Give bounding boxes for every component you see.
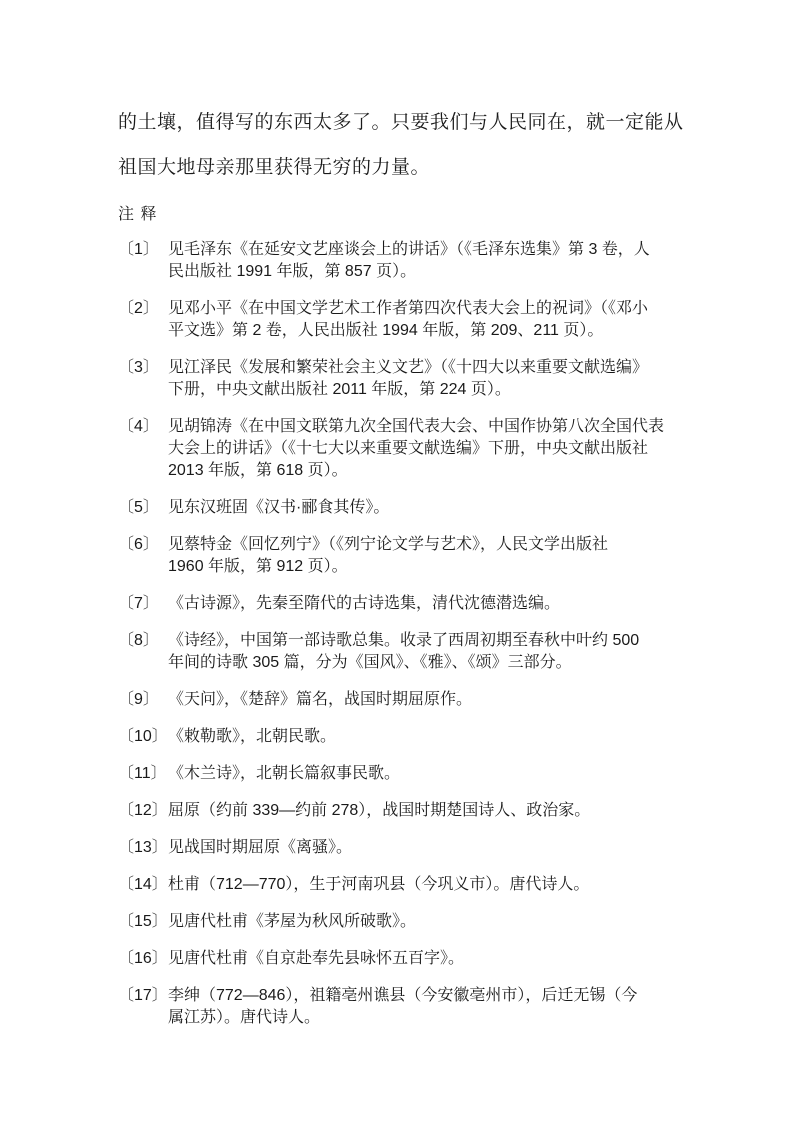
note-label: 〔10〕 [118, 726, 168, 748]
note-text: 见胡锦涛《在中国文联第九次全国代表大会、中国作协第八次全国代表大会上的讲话》（《… [168, 416, 688, 482]
note-line: 李绅（772—846），祖籍亳州谯县（今安徽亳州市），后迁无锡（今 [168, 985, 688, 1007]
note-item: 〔4〕 见胡锦涛《在中国文联第九次全国代表大会、中国作协第八次全国代表大会上的讲… [118, 416, 688, 482]
note-line: 屈原（约前 339—约前 278），战国时期楚国诗人、政治家。 [168, 800, 688, 822]
note-line: 大会上的讲话》（《十七大以来重要文献选编》下册，中央文献出版社 [168, 438, 688, 460]
note-text: 见毛泽东《在延安文艺座谈会上的讲话》（《毛泽东选集》第 3 卷，人民出版社 19… [168, 239, 688, 283]
note-text: 见江泽民《发展和繁荣社会主义文艺》（《十四大以来重要文献选编》下册，中央文献出版… [168, 357, 688, 401]
note-item: 〔13〕 见战国时期屈原《离骚》。 [118, 837, 688, 859]
note-label: 〔1〕 [118, 239, 168, 261]
note-line: 平文选》第 2 卷，人民出版社 1994 年版，第 209、211 页）。 [168, 320, 688, 342]
note-text: 见唐代杜甫《茅屋为秋风所破歌》。 [168, 911, 688, 933]
note-text: 见战国时期屈原《离骚》。 [168, 837, 688, 859]
note-label: 〔6〕 [118, 534, 168, 556]
note-item: 〔10〕 《敕勒歌》，北朝民歌。 [118, 726, 688, 748]
note-item: 〔3〕 见江泽民《发展和繁荣社会主义文艺》（《十四大以来重要文献选编》下册，中央… [118, 357, 688, 401]
note-text: 《古诗源》，先秦至隋代的古诗选集，清代沈德潜选编。 [168, 593, 688, 615]
note-label: 〔11〕 [118, 763, 168, 785]
note-line: 见江泽民《发展和繁荣社会主义文艺》（《十四大以来重要文献选编》 [168, 357, 688, 379]
note-line: 见邓小平《在中国文学艺术工作者第四次代表大会上的祝词》（《邓小 [168, 298, 688, 320]
note-label: 〔12〕 [118, 800, 168, 822]
note-line: 见胡锦涛《在中国文联第九次全国代表大会、中国作协第八次全国代表 [168, 416, 688, 438]
note-text: 屈原（约前 339—约前 278），战国时期楚国诗人、政治家。 [168, 800, 688, 822]
note-label: 〔2〕 [118, 298, 168, 320]
note-text: 《木兰诗》，北朝长篇叙事民歌。 [168, 763, 688, 785]
note-line: 《木兰诗》，北朝长篇叙事民歌。 [168, 763, 688, 785]
note-line: 见唐代杜甫《自京赴奉先县咏怀五百字》。 [168, 948, 688, 970]
note-label: 〔17〕 [118, 985, 168, 1007]
note-label: 〔7〕 [118, 593, 168, 615]
note-item: 〔9〕 《天问》，《楚辞》篇名，战国时期屈原作。 [118, 689, 688, 711]
note-label: 〔4〕 [118, 416, 168, 438]
note-text: 见唐代杜甫《自京赴奉先县咏怀五百字》。 [168, 948, 688, 970]
note-line: 杜甫（712—770），生于河南巩县（今巩义市）。唐代诗人。 [168, 874, 688, 896]
note-label: 〔8〕 [118, 630, 168, 652]
notes-list: 〔1〕 见毛泽东《在延安文艺座谈会上的讲话》（《毛泽东选集》第 3 卷，人民出版… [118, 239, 688, 1029]
note-item: 〔8〕 《诗经》，中国第一部诗歌总集。收录了西周初期至春秋中叶约 500年间的诗… [118, 630, 688, 674]
note-item: 〔17〕 李绅（772—846），祖籍亳州谯县（今安徽亳州市），后迁无锡（今属江… [118, 985, 688, 1029]
note-text: 《天问》，《楚辞》篇名，战国时期屈原作。 [168, 689, 688, 711]
document-page: 的土壤，值得写的东西太多了。只要我们与人民同在，就一定能从 祖国大地母亲那里获得… [0, 0, 800, 1130]
note-label: 〔16〕 [118, 948, 168, 970]
note-line: 年间的诗歌 305 篇，分为《国风》、《雅》、《颂》三部分。 [168, 652, 688, 674]
note-item: 〔5〕 见东汉班固《汉书·郦食其传》。 [118, 497, 688, 519]
note-label: 〔14〕 [118, 874, 168, 896]
note-label: 〔5〕 [118, 497, 168, 519]
note-text: 杜甫（712—770），生于河南巩县（今巩义市）。唐代诗人。 [168, 874, 688, 896]
note-line: 2013 年版，第 618 页）。 [168, 460, 688, 482]
note-item: 〔12〕 屈原（约前 339—约前 278），战国时期楚国诗人、政治家。 [118, 800, 688, 822]
note-label: 〔15〕 [118, 911, 168, 933]
note-label: 〔9〕 [118, 689, 168, 711]
note-line: 见毛泽东《在延安文艺座谈会上的讲话》（《毛泽东选集》第 3 卷，人 [168, 239, 688, 261]
notes-heading: 注 释 [118, 204, 688, 226]
note-line: 见东汉班固《汉书·郦食其传》。 [168, 497, 688, 519]
note-text: 《诗经》，中国第一部诗歌总集。收录了西周初期至春秋中叶约 500年间的诗歌 30… [168, 630, 688, 674]
note-label: 〔13〕 [118, 837, 168, 859]
note-line: 见战国时期屈原《离骚》。 [168, 837, 688, 859]
note-line: 民出版社 1991 年版，第 857 页）。 [168, 261, 688, 283]
note-item: 〔15〕 见唐代杜甫《茅屋为秋风所破歌》。 [118, 911, 688, 933]
note-line: 见蔡特金《回忆列宁》（《列宁论文学与艺术》，人民文学出版社 [168, 534, 688, 556]
body-line: 的土壤，值得写的东西太多了。只要我们与人民同在，就一定能从 [118, 100, 688, 145]
note-item: 〔2〕 见邓小平《在中国文学艺术工作者第四次代表大会上的祝词》（《邓小平文选》第… [118, 298, 688, 342]
note-line: 见唐代杜甫《茅屋为秋风所破歌》。 [168, 911, 688, 933]
note-line: 属江苏）。唐代诗人。 [168, 1007, 688, 1029]
note-item: 〔16〕 见唐代杜甫《自京赴奉先县咏怀五百字》。 [118, 948, 688, 970]
note-line: 1960 年版，第 912 页）。 [168, 556, 688, 578]
note-item: 〔6〕 见蔡特金《回忆列宁》（《列宁论文学与艺术》，人民文学出版社1960 年版… [118, 534, 688, 578]
note-text: 《敕勒歌》，北朝民歌。 [168, 726, 688, 748]
body-line: 祖国大地母亲那里获得无穷的力量。 [118, 145, 688, 190]
note-text: 见蔡特金《回忆列宁》（《列宁论文学与艺术》，人民文学出版社1960 年版，第 9… [168, 534, 688, 578]
note-label: 〔3〕 [118, 357, 168, 379]
note-text: 见东汉班固《汉书·郦食其传》。 [168, 497, 688, 519]
note-line: 《敕勒歌》，北朝民歌。 [168, 726, 688, 748]
note-item: 〔1〕 见毛泽东《在延安文艺座谈会上的讲话》（《毛泽东选集》第 3 卷，人民出版… [118, 239, 688, 283]
note-item: 〔14〕 杜甫（712—770），生于河南巩县（今巩义市）。唐代诗人。 [118, 874, 688, 896]
note-text: 见邓小平《在中国文学艺术工作者第四次代表大会上的祝词》（《邓小平文选》第 2 卷… [168, 298, 688, 342]
note-item: 〔11〕 《木兰诗》，北朝长篇叙事民歌。 [118, 763, 688, 785]
body-paragraph: 的土壤，值得写的东西太多了。只要我们与人民同在，就一定能从 祖国大地母亲那里获得… [118, 100, 688, 190]
note-item: 〔7〕 《古诗源》，先秦至隋代的古诗选集，清代沈德潜选编。 [118, 593, 688, 615]
note-text: 李绅（772—846），祖籍亳州谯县（今安徽亳州市），后迁无锡（今属江苏）。唐代… [168, 985, 688, 1029]
note-line: 《古诗源》，先秦至隋代的古诗选集，清代沈德潜选编。 [168, 593, 688, 615]
note-line: 《天问》，《楚辞》篇名，战国时期屈原作。 [168, 689, 688, 711]
note-line: 下册，中央文献出版社 2011 年版，第 224 页）。 [168, 379, 688, 401]
note-line: 《诗经》，中国第一部诗歌总集。收录了西周初期至春秋中叶约 500 [168, 630, 688, 652]
